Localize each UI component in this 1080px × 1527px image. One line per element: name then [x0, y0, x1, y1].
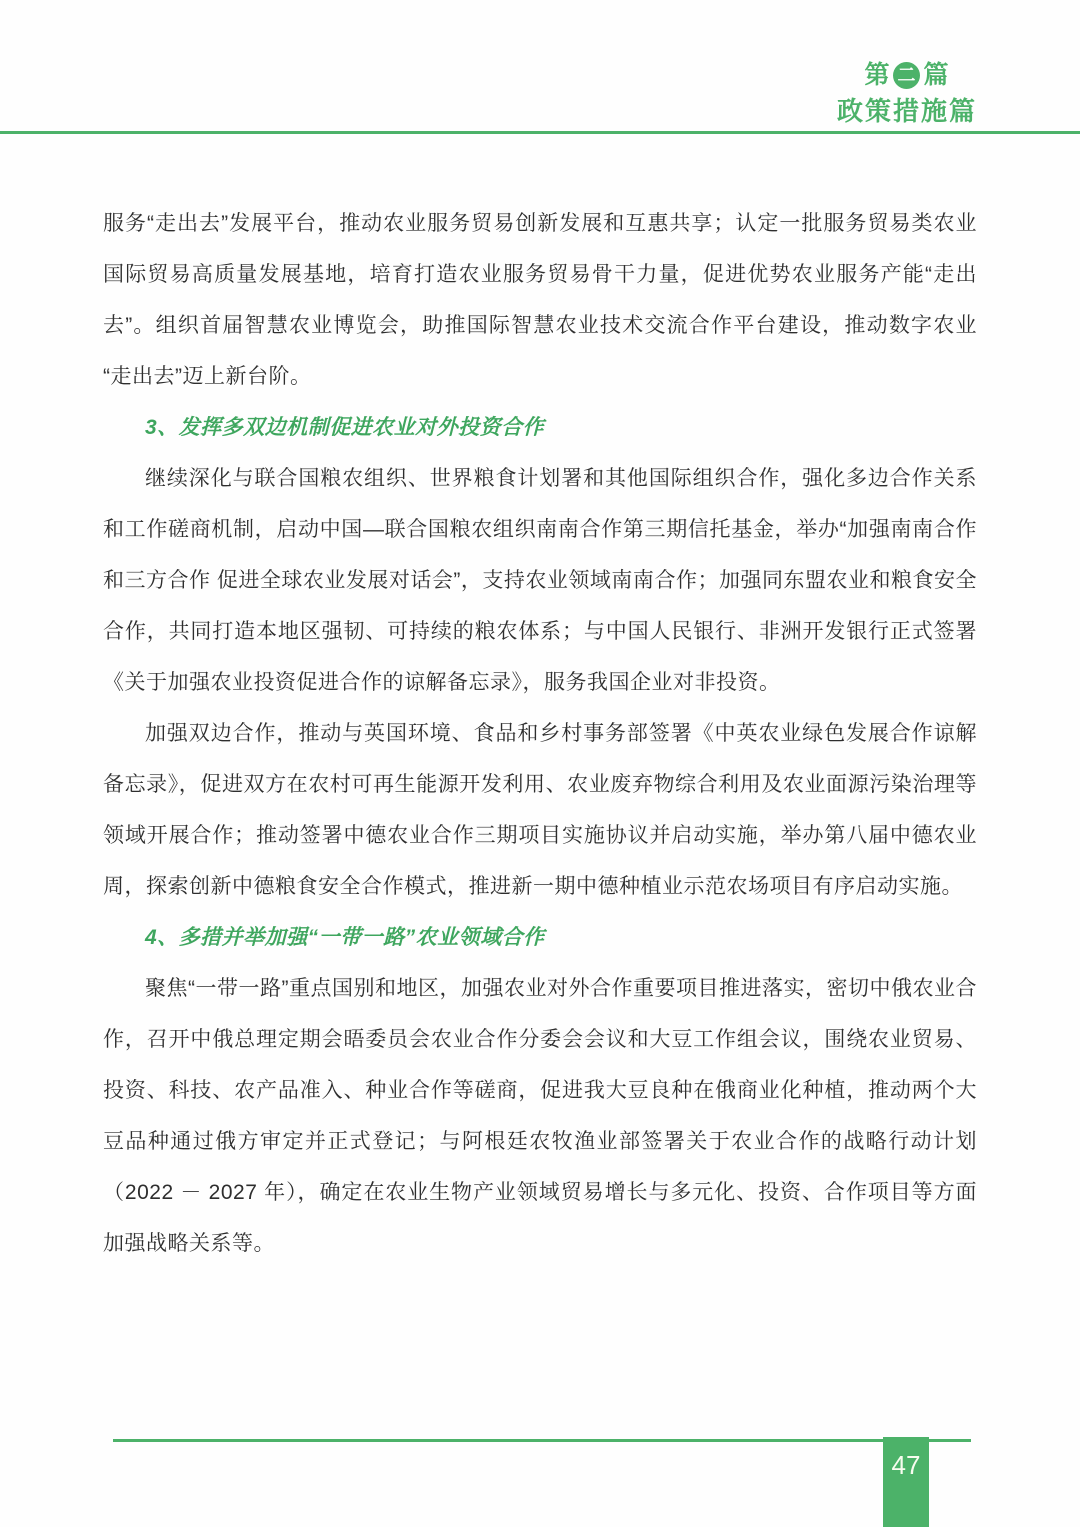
section-heading-4: 4、多措并举加强“一带一路”农业领域合作	[103, 912, 977, 963]
document-page: 第 二 篇 政策措施篇 服务“走出去”发展平台，推动农业服务贸易创新发展和互惠共…	[0, 0, 1080, 1527]
part-title-suffix: 篇	[923, 60, 949, 90]
section-heading-3: 3、发挥多双边机制促进农业对外投资合作	[103, 402, 977, 453]
part-number: 二	[897, 60, 916, 90]
part-title: 第 二 篇	[837, 60, 977, 90]
multilateral-paragraph: 继续深化与联合国粮农组织、世界粮食计划署和其他国际组织合作，强化多边合作关系和工…	[103, 453, 977, 708]
part-number-circle-icon: 二	[893, 62, 920, 89]
main-content: 服务“走出去”发展平台，推动农业服务贸易创新发展和互惠共享；认定一批服务贸易类农…	[103, 198, 977, 1269]
section-title: 政策措施篇	[837, 95, 977, 127]
page-number-box: 47	[883, 1437, 929, 1527]
intro-paragraph: 服务“走出去”发展平台，推动农业服务贸易创新发展和互惠共享；认定一批服务贸易类农…	[103, 198, 977, 402]
belt-road-paragraph: 聚焦“一带一路”重点国别和地区，加强农业对外合作重要项目推进落实，密切中俄农业合…	[103, 963, 977, 1269]
bilateral-paragraph: 加强双边合作，推动与英国环境、食品和乡村事务部签署《中英农业绿色发展合作谅解备忘…	[103, 708, 977, 912]
page-header: 第 二 篇 政策措施篇	[837, 60, 977, 127]
part-title-prefix: 第	[864, 60, 890, 90]
footer-divider-line	[113, 1439, 971, 1442]
page-number: 47	[883, 1451, 929, 1479]
header-divider-line	[0, 131, 1080, 134]
